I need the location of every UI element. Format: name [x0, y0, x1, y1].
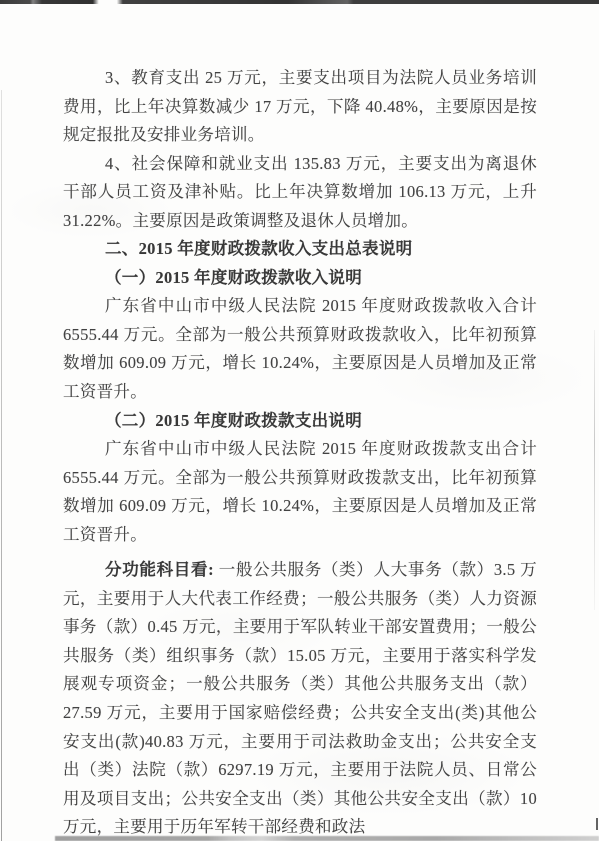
paragraph-education-expense: 3、教育支出 25 万元，主要支出项目为法院人员业务培训费用，比上年决算数减少 … [63, 64, 537, 150]
scan-edge-top [0, 0, 599, 4]
scan-edge-left [1, 90, 2, 841]
scan-edge-right [594, 330, 595, 610]
heading-section-2-fiscal-appropriation-summary: 二、2015 年度财政拨款收入支出总表说明 [63, 235, 537, 264]
paragraph-expenditure-explanation: 广东省中山市中级人民法院 2015 年度财政拨款支出合计 6555.44 万元。… [63, 435, 537, 549]
scan-tick-right [596, 818, 598, 830]
functional-categories-text: 一般公共服务（类）人大事务（款）3.5 万元，主要用于人大代表工作经费；一般公共… [63, 560, 537, 836]
paragraph-income-explanation: 广东省中山市中级人民法院 2015 年度财政拨款收入合计 6555.44 万元。… [63, 292, 537, 406]
heading-subsection-1-income-explanation: （一）2015 年度财政拨款收入说明 [63, 264, 537, 293]
functional-categories-lead: 分功能科目看: [105, 560, 214, 579]
paragraph-functional-categories: 分功能科目看: 一般公共服务（类）人大事务（款）3.5 万元，主要用于人大代表工… [63, 556, 537, 841]
scanned-document-page: { "appearance": { "page_background": "#f… [0, 0, 599, 841]
heading-subsection-2-expenditure-explanation: （二）2015 年度财政拨款支出说明 [63, 407, 537, 436]
document-body: 3、教育支出 25 万元，主要支出项目为法院人员业务培训费用，比上年决算数减少 … [63, 64, 537, 841]
paragraph-social-security-expense: 4、社会保障和就业支出 135.83 万元，主要支出为离退休干部人员工资及津补贴… [63, 150, 537, 236]
